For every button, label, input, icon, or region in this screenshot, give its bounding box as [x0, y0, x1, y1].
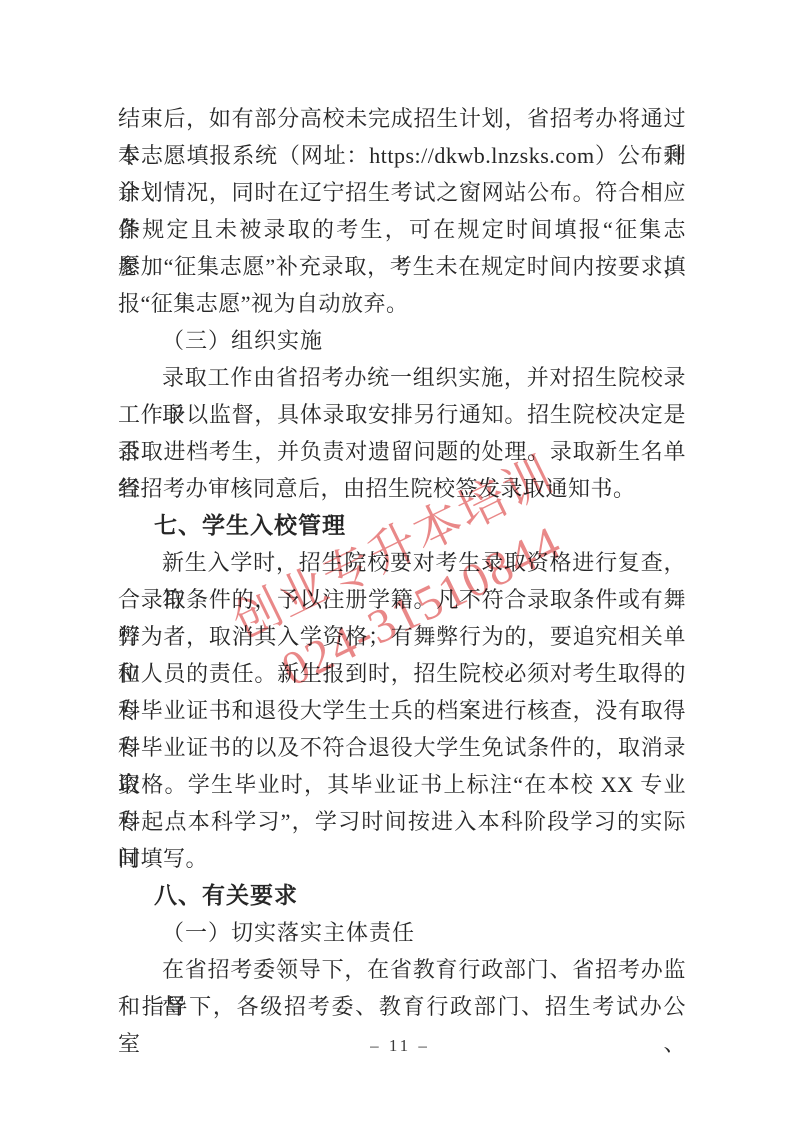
text-line: 和指导下，各级招考委、教育行政部门、招生考试办公室、 [118, 988, 686, 1025]
text-line: 资格。学生毕业时，其毕业证书上标注“在本校 XX 专业专 [118, 766, 686, 803]
document-body: 结束后，如有部分高校未完成招生计划，省招考办将通过专升本志愿填报系统（网址：ht… [118, 100, 686, 1025]
text-line: 结束后，如有部分高校未完成招生计划，省招考办将通过专升 [118, 100, 686, 137]
text-line: 件规定且未被录取的考生，可在规定时间填报“征集志愿”， [118, 211, 686, 248]
text-line: 工作予以监督，具体录取安排另行通知。招生院校决定是否 [118, 396, 686, 433]
section-subheading: （三）组织实施 [118, 322, 686, 359]
text-lines: 结束后，如有部分高校未完成招生计划，省招考办将通过专升本志愿填报系统（网址：ht… [118, 100, 686, 1025]
text-line: 省招考办审核同意后，由招生院校签发录取通知书。 [118, 470, 686, 507]
text-line: 计划情况，同时在辽宁招生考试之窗网站公布。符合相应条 [118, 174, 686, 211]
text-line: 合录取条件的，予以注册学籍。凡不符合录取条件或有舞弊 [118, 581, 686, 618]
section-heading: 七、学生入校管理 [118, 507, 686, 544]
text-line: 科毕业证书和退役大学生士兵的档案进行核查，没有取得专 [118, 692, 686, 729]
section-subheading: （一）切实落实主体责任 [118, 914, 686, 951]
section-heading: 八、有关要求 [118, 877, 686, 914]
document-page: 结束后，如有部分高校未完成招生计划，省招考办将通过专升本志愿填报系统（网址：ht… [0, 0, 800, 1131]
text-line: 参加“征集志愿”补充录取，考生未在规定时间内按要求填 [118, 248, 686, 285]
text-line: 本志愿填报系统（网址：https://dkwb.lnzsks.com）公布剩余 [118, 137, 686, 174]
text-line: 在省招考委领导下，在省教育行政部门、省招考办监督 [118, 951, 686, 988]
text-line: 录取进档考生，并负责对遗留问题的处理。录取新生名单经 [118, 433, 686, 470]
text-line: 间填写。 [118, 840, 686, 877]
text-line: 科起点本科学习”，学习时间按进入本科阶段学习的实际时 [118, 803, 686, 840]
text-line: 新生入学时，招生院校要对考生录取资格进行复查，符 [118, 544, 686, 581]
text-line: 行为者，取消其入学资格；有舞弊行为的，要追究相关单位 [118, 618, 686, 655]
text-line: 科毕业证书的以及不符合退役大学生免试条件的，取消录取 [118, 729, 686, 766]
text-line: 和人员的责任。新生报到时，招生院校必须对考生取得的专 [118, 655, 686, 692]
page-number: – 11 – [0, 1036, 800, 1056]
text-line: 报“征集志愿”视为自动放弃。 [118, 285, 686, 322]
text-line: 录取工作由省招考办统一组织实施，并对招生院校录取 [118, 359, 686, 396]
